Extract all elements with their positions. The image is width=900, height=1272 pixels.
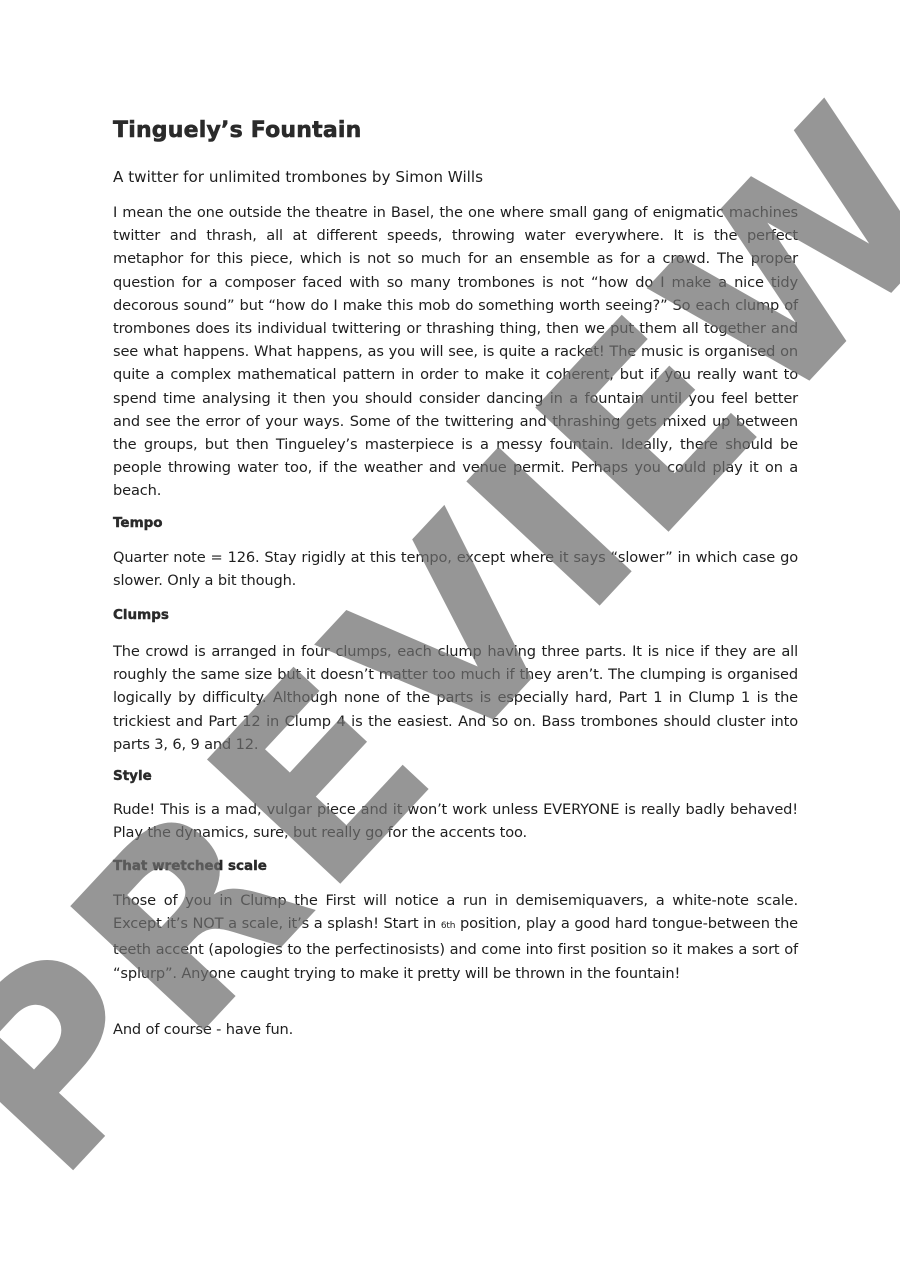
intro-paragraph: I mean the one outside the theatre in Ba… <box>113 201 798 503</box>
section-text-style: Rude! This is a mad, vulgar piece and it… <box>113 798 798 844</box>
section-heading-clumps: Clumps <box>113 607 169 623</box>
section-text-tempo: Quarter note = 126. Stay rigidly at this… <box>113 546 798 592</box>
section-heading-style: Style <box>113 768 152 784</box>
section-heading-scale: That wretched scale <box>113 858 267 874</box>
document-subtitle: A twitter for unlimited trombones by Sim… <box>113 168 483 186</box>
document-title: Tinguely’s Fountain <box>113 118 361 143</box>
section-text-scale: Those of you in Clump the First will not… <box>113 889 798 985</box>
position-ordinal: 6th <box>441 921 456 931</box>
section-text-clumps: The crowd is arranged in four clumps, ea… <box>113 640 798 756</box>
closing-paragraph: And of course - have fun. <box>113 1018 798 1041</box>
section-heading-tempo: Tempo <box>113 515 163 531</box>
